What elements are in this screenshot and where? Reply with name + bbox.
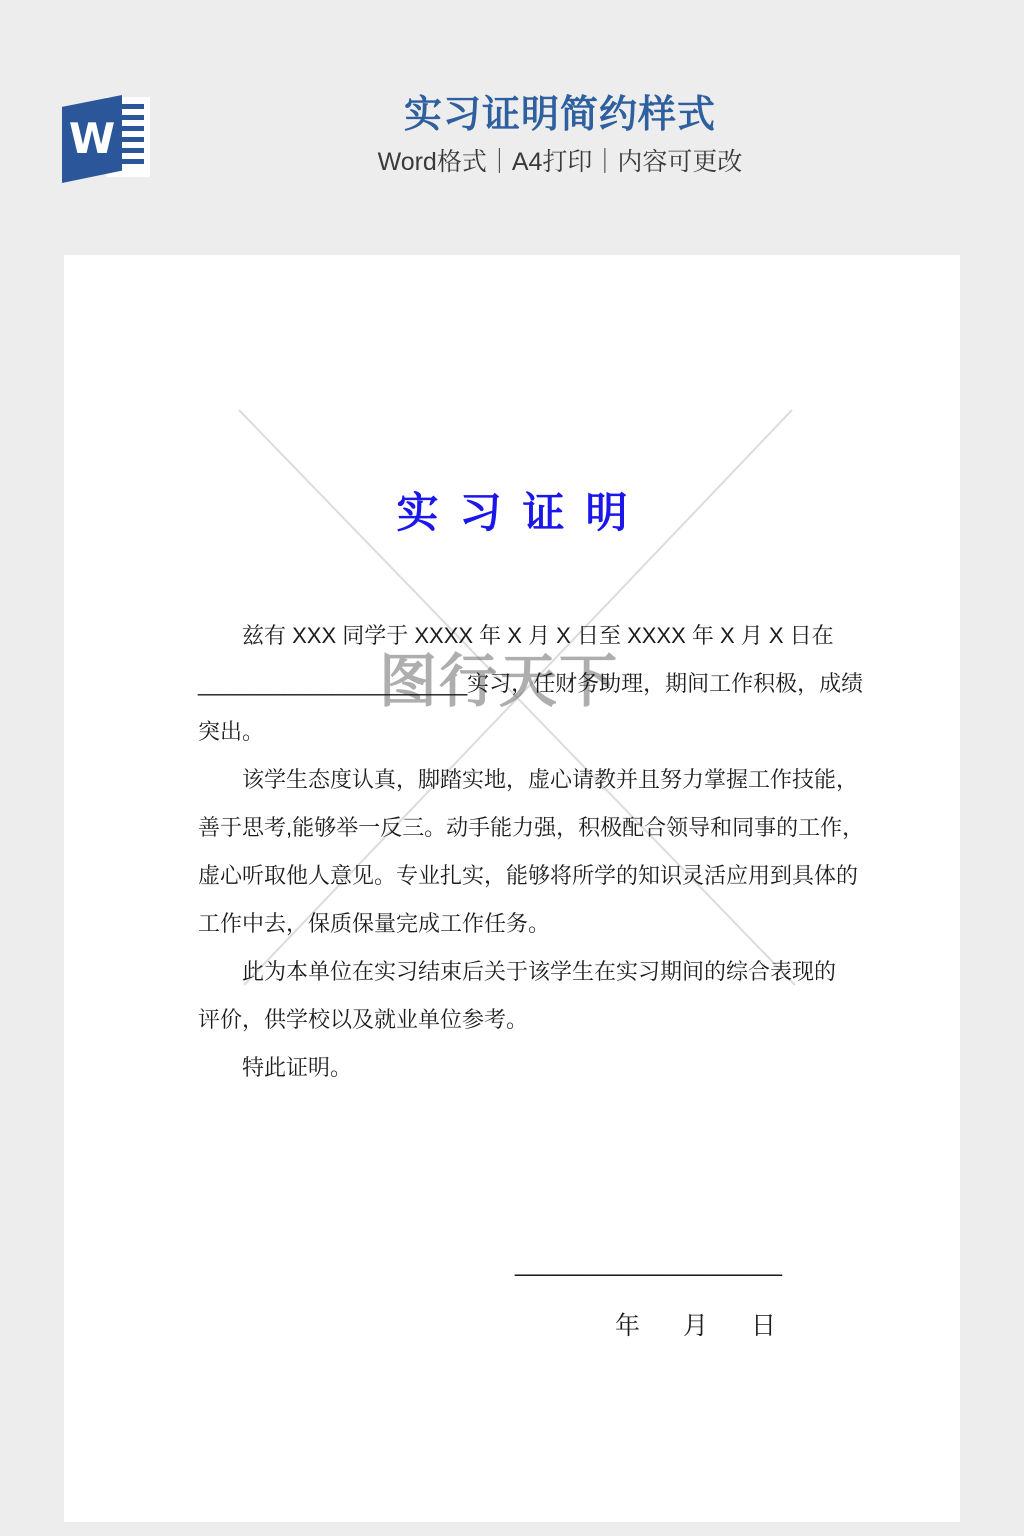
date-year-label: 年 (615, 1311, 640, 1341)
body-line: 突出。 (198, 708, 844, 756)
page-subtitle: Word格式｜A4打印｜内容可更改 (200, 148, 920, 176)
body-line: 善于思考,能够举一反三。动手能力强，积极配合领导和同事的工作， (198, 804, 844, 852)
body-line: 该学生态度认真，脚踏实地，虚心请教并且努力掌握工作技能， (198, 756, 844, 804)
body-line: ______________________实习，任财务助理，期间工作积极，成绩 (198, 660, 844, 708)
body-line: 评价，供学校以及就业单位参考。 (198, 996, 844, 1044)
document-title: 实习证明 (64, 487, 960, 539)
signature-line: ____________________ (515, 1250, 782, 1278)
body-line: 特此证明。 (198, 1044, 844, 1092)
date-day-label: 日 (751, 1311, 776, 1341)
word-icon-letter: W (69, 118, 115, 160)
header: W 实习证明简约样式 Word格式｜A4打印｜内容可更改 (0, 0, 1024, 255)
document-page: 图行天下 实习证明 兹有 XXX 同学于 XXXX 年 X 月 X 日至 XXX… (64, 255, 960, 1522)
word-document-icon: W (62, 95, 150, 183)
word-icon-flap: W (62, 95, 122, 183)
template-preview-canvas: W 实习证明简约样式 Word格式｜A4打印｜内容可更改 图行天下 实习证明 兹… (0, 0, 1024, 1536)
date-line: 年 月 日 (615, 1311, 776, 1341)
date-month-label: 月 (683, 1311, 708, 1341)
document-body: 兹有 XXX 同学于 XXXX 年 X 月 X 日至 XXXX 年 X 月 X … (198, 612, 844, 1092)
body-line: 虚心听取他人意见。专业扎实，能够将所学的知识灵活应用到具体的 (198, 852, 844, 900)
body-line: 兹有 XXX 同学于 XXXX 年 X 月 X 日至 XXXX 年 X 月 X … (198, 612, 844, 660)
header-text: 实习证明简约样式 Word格式｜A4打印｜内容可更改 (200, 92, 920, 176)
body-line: 工作中去，保质保量完成工作任务。 (198, 900, 844, 948)
page-title: 实习证明简约样式 (200, 92, 920, 138)
body-line: 此为本单位在实习结束后关于该学生在实习期间的综合表现的 (198, 948, 844, 996)
